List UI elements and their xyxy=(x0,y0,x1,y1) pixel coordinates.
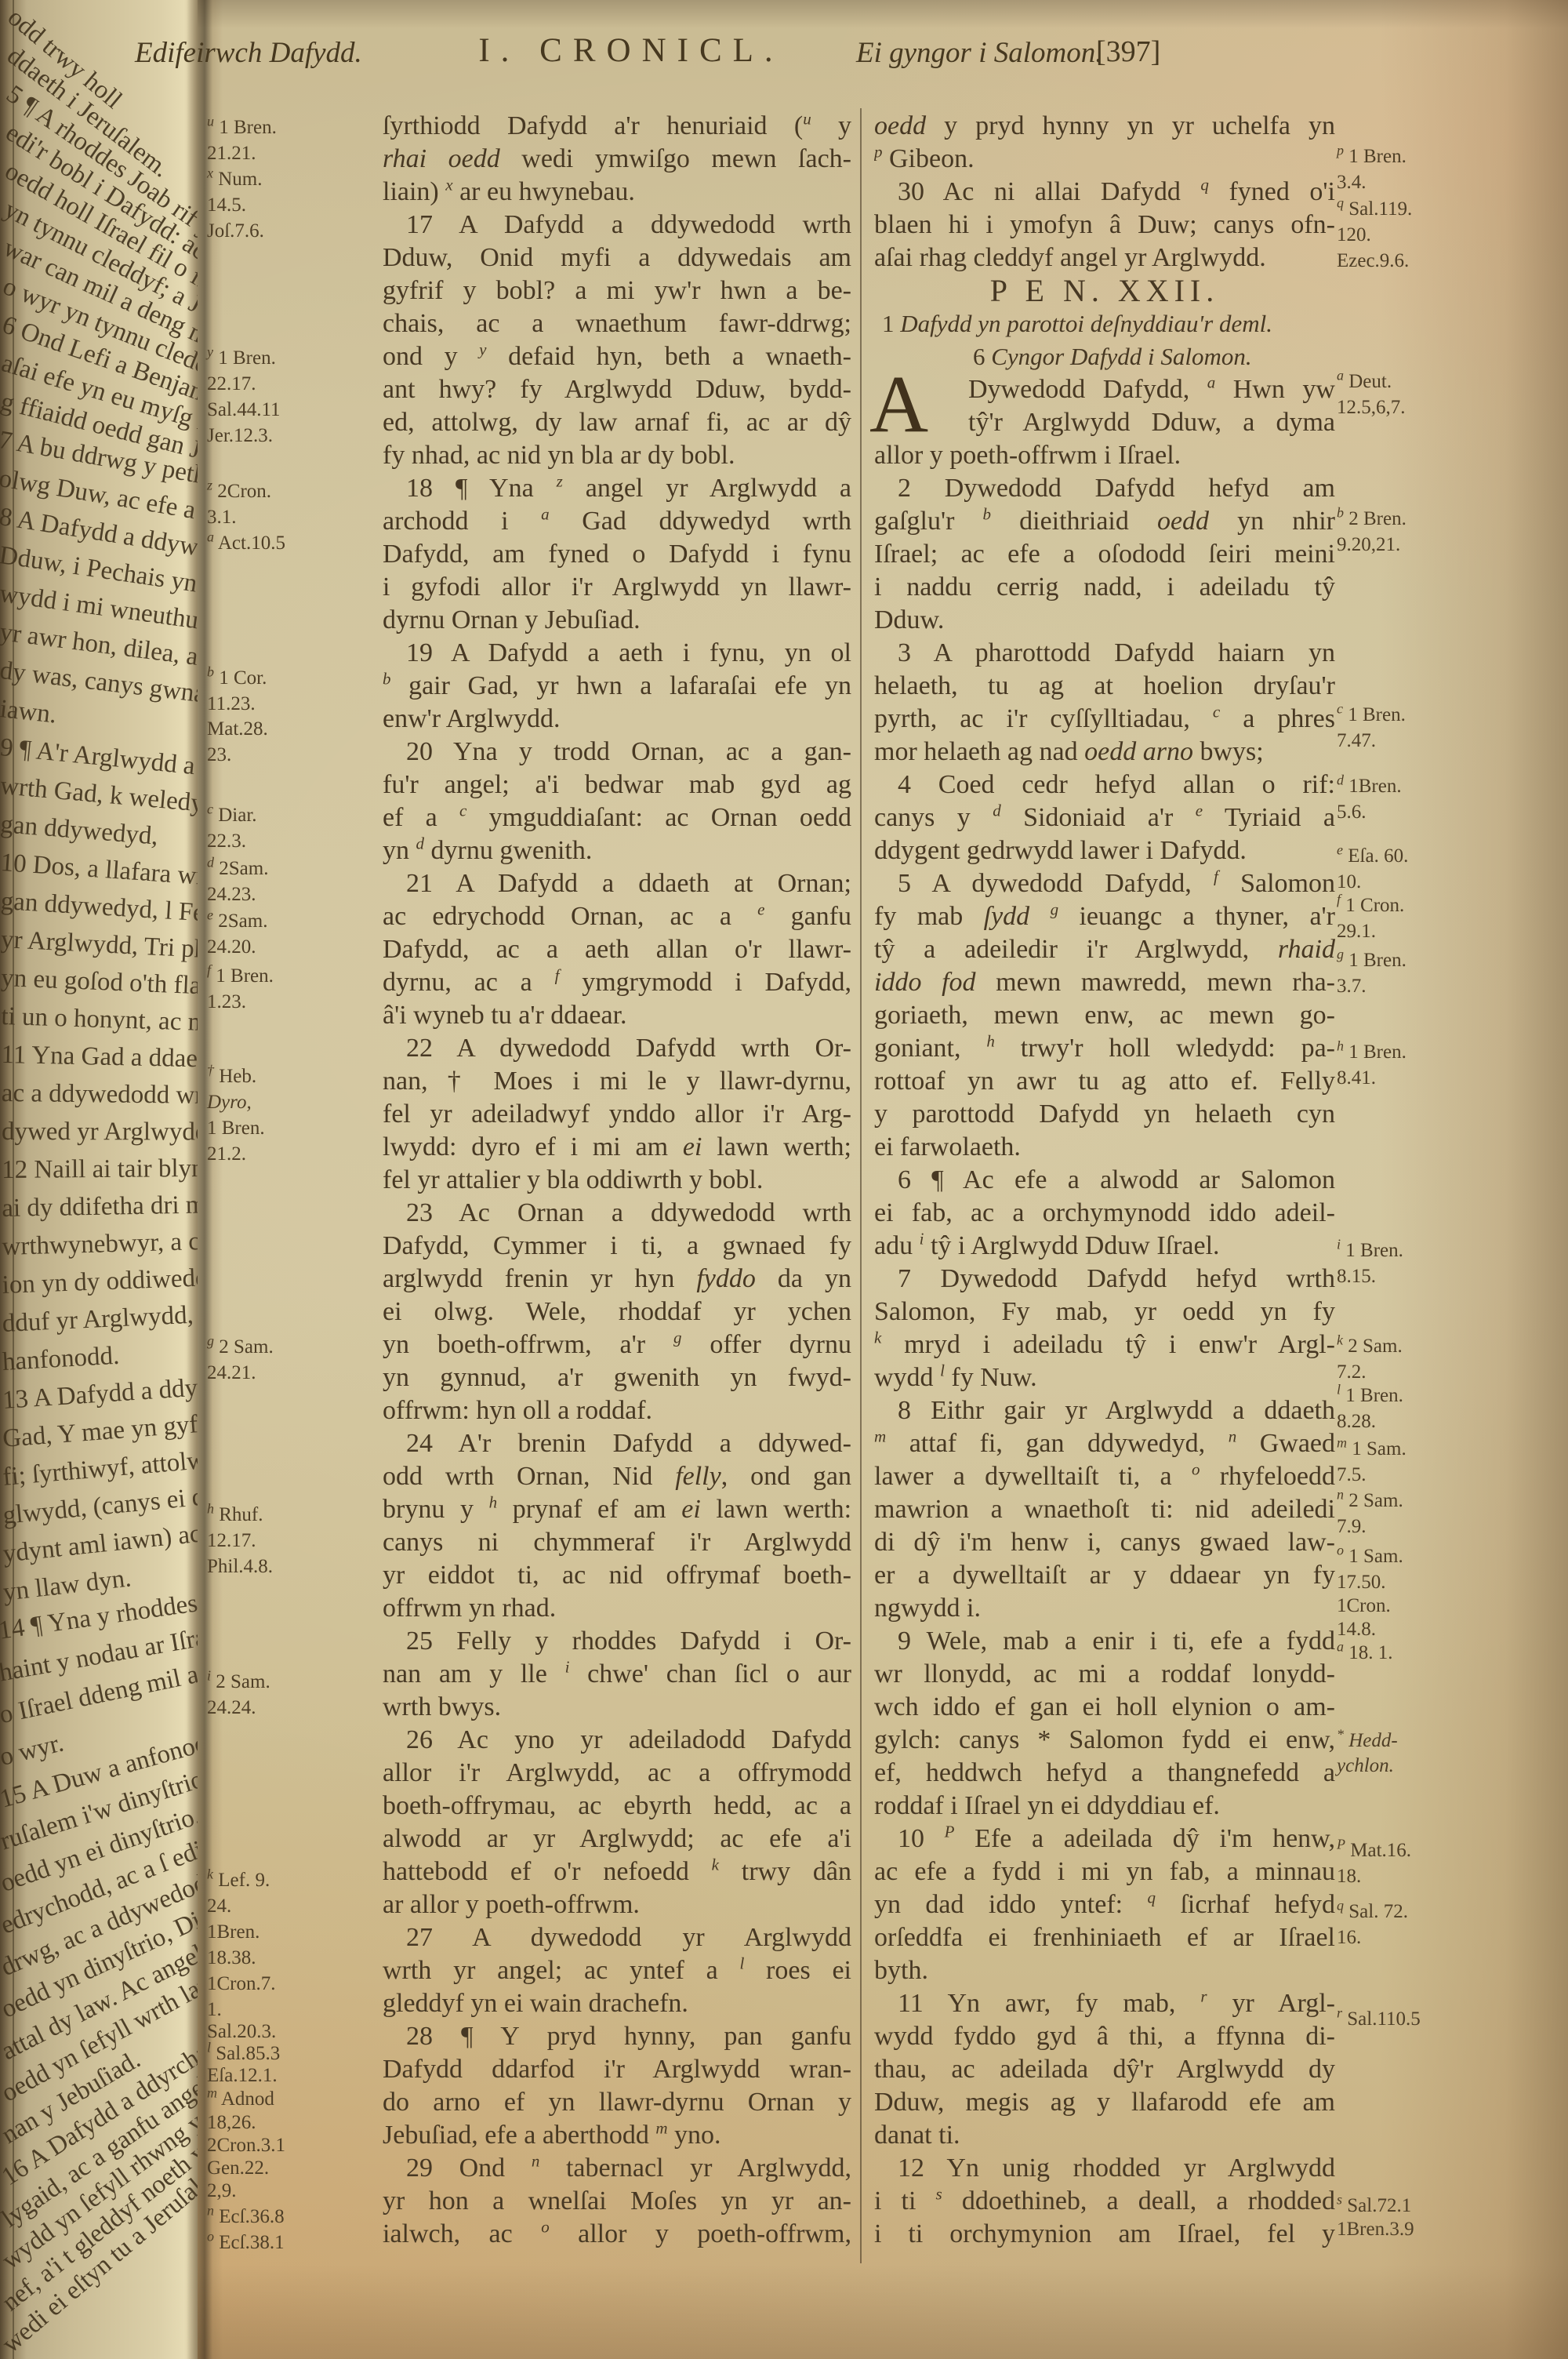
margin-note: 1Bren.3.9 xyxy=(1337,2218,1414,2241)
margin-note: Dyro, xyxy=(207,1091,252,1114)
text-line: ialwch, ac o allor y poeth-offrwm, xyxy=(383,2218,851,2251)
text-line: ſyrthiodd Dafydd a'r henuriaid (u y xyxy=(383,110,851,143)
text-line: yn dad iddo yntef: q ſicrhaf hefyd xyxy=(874,1888,1335,1921)
margin-note: 24.21. xyxy=(207,1361,256,1385)
text-line: alwodd ar yr Arglwydd; ac efe a'i xyxy=(383,1823,851,1856)
text-line: ef, heddwch hefyd a thangnefedd a xyxy=(874,1757,1335,1790)
margin-note: 120. xyxy=(1337,224,1371,247)
text-line: do arno ef yn llawr-dyrnu Ornan y xyxy=(383,2086,851,2119)
margin-note: 8.41. xyxy=(1337,1067,1376,1090)
prev-page-text-fragment: 11 Yna Gad a ddaeth at Da xyxy=(1,1041,198,1074)
text-line: 7 Dywedodd Dafydd hefyd wrth xyxy=(874,1263,1335,1296)
text-line: ond y y defaid hyn, beth a wnaeth- xyxy=(383,340,851,373)
margin-note: 17.50. xyxy=(1337,1571,1386,1594)
prev-page-text-fragment: wrthwynebwyr, a chleddyf dy el xyxy=(2,1223,198,1261)
chapter-argument: 6 Cyngor Dafydd i Salomon. xyxy=(874,340,1335,373)
margin-note: 7.5. xyxy=(1337,1463,1367,1487)
margin-note: ychlon. xyxy=(1337,1754,1394,1778)
text-line: yn gynnud, a'r gwenith yn fwyd- xyxy=(383,1361,851,1394)
text-line: ant hwy? fy Arglwydd Dduw, bydd- xyxy=(383,373,851,406)
text-line: nan am y lle i chwe' chan ſicl o aur xyxy=(383,1658,851,1691)
text-line: 18 ¶ Yna z angel yr Arglwydd a xyxy=(383,472,851,505)
text-line: dyrnu Ornan y Jebuſiad. xyxy=(383,604,851,637)
text-line: Dafydd, ac a aeth allan o'r llawr- xyxy=(383,933,851,966)
text-line: 17 A Dafydd a ddywedodd wrth xyxy=(383,209,851,242)
margin-note: a Deut. xyxy=(1337,370,1392,394)
previous-page-curl: odd trwy hollddaeth i Jeruſalem.5 ¶ A rh… xyxy=(0,0,198,2359)
text-line: archodd i a Gad ddywedyd wrth xyxy=(383,505,851,538)
margin-note: q Sal. 72. xyxy=(1337,1900,1408,1924)
text-line: fy nhad, ac nid yn bla ar dy bobl. xyxy=(383,439,851,472)
margin-note: s Sal.72.1 xyxy=(1337,2194,1411,2218)
margin-note: z 2Cron. xyxy=(207,480,271,503)
text-line: offrwm yn rhad. xyxy=(383,1592,851,1625)
text-line: thau, ac adeilada dŷ'r Arglwydd dy xyxy=(874,2053,1335,2086)
text-line: m attaf fi, gan ddywedyd, n Gwaed xyxy=(874,1427,1335,1460)
margin-note: c 1 Bren. xyxy=(1337,703,1406,727)
margin-note: 22.3. xyxy=(207,830,246,853)
margin-note: 1.23. xyxy=(207,990,246,1014)
margin-note: k Lef. 9. xyxy=(207,1869,270,1892)
right-text-column: oedd y pryd hynny yn yr uchelfa ynp Gibe… xyxy=(874,110,1335,2251)
text-line: wrth bwys. xyxy=(383,1691,851,1724)
margin-note: 18,26. xyxy=(207,2111,256,2135)
text-line: tŷ a adeiledir i'r Arglwydd, rhaid xyxy=(874,933,1335,966)
text-line: allor i'r Arglwydd, ac a offrymodd xyxy=(383,1757,851,1790)
margin-note: 14.5. xyxy=(207,194,246,217)
margin-note: 2,9. xyxy=(207,2179,237,2203)
text-line: ef a c ymguddiaſant: ac Ornan oedd xyxy=(383,801,851,834)
text-line: wrth yr angel; ac yntef a l roes ei xyxy=(383,1954,851,1987)
running-title-left: Edifeirwch Dafydd. xyxy=(135,36,362,70)
text-line: yr hon a wnelſai Moſes yn yr an- xyxy=(383,2185,851,2218)
prev-page-text-fragment: ti un o honynt, ac mi a'i gwna xyxy=(1,1002,198,1040)
prev-page-text-fragment: dywed yr Arglwydd, Cymmer i xyxy=(2,1118,198,1147)
text-line: 25 Felly y rhoddes Dafydd i Or- xyxy=(383,1625,851,1658)
text-line: rottoaf yn awr tu ag atto ef. Felly xyxy=(874,1065,1335,1098)
text-line: 3 A pharottodd Dafydd haiarn yn xyxy=(874,637,1335,670)
margin-note: Sal.20.3. xyxy=(207,2020,276,2044)
margin-note: P Mat.16. xyxy=(1337,1839,1411,1863)
margin-note: f 1 Bren. xyxy=(207,965,274,988)
text-line: lwydd: dyro ef i mi am ei lawn werth; xyxy=(383,1131,851,1164)
margin-note: e 2Sam. xyxy=(207,910,267,933)
margin-note: Jer.12.3. xyxy=(207,424,273,448)
text-line: 6 ¶ Ac efe a alwodd ar Salomon xyxy=(874,1164,1335,1197)
margin-note: n Ecſ.36.8 xyxy=(207,2205,285,2229)
text-line: odd wrth Ornan, Nid felly, ond gan xyxy=(383,1460,851,1493)
margin-note: d 1Bren. xyxy=(1337,775,1402,798)
text-line: dyrnu, ac a f ymgrymodd i Dafydd, xyxy=(383,966,851,999)
text-line: yn boeth-offrwm, a'r g offer dyrnu xyxy=(383,1329,851,1361)
margin-note: o Ecſ.38.1 xyxy=(207,2231,285,2255)
text-line: b gair Gad, yr hwn a lafaraſai efe yn xyxy=(383,670,851,703)
text-line: ar allor y poeth-offrwm. xyxy=(383,1888,851,1921)
margin-note: 1Cron.7. xyxy=(207,1972,276,1996)
prev-page-text-fragment: ai dy ddifetha dri mis o flaen dy xyxy=(2,1189,198,1223)
margin-note: 24.23. xyxy=(207,883,256,907)
text-line: offrwm: hyn oll a roddaf. xyxy=(383,1394,851,1427)
text-line: byth. xyxy=(874,1954,1335,1987)
text-line: gyfrif y bobl? a mi yw'r hwn a be- xyxy=(383,274,851,307)
margin-note: a 18. 1. xyxy=(1337,1641,1393,1665)
drop-cap-initial: A xyxy=(869,370,962,439)
margin-note: 1Cron. xyxy=(1337,1594,1391,1618)
margin-note: Joſ.7.6. xyxy=(207,220,264,243)
margin-note: 7.2. xyxy=(1337,1361,1367,1384)
text-line: 20 Yna y trodd Ornan, ac a gan- xyxy=(383,736,851,769)
text-line: ngwydd i. xyxy=(874,1592,1335,1625)
text-line: i gyfodi allor i'r Arglwydd yn llawr- xyxy=(383,571,851,604)
margin-note: g 2 Sam. xyxy=(207,1336,274,1359)
text-line: fy mab ſydd g ieuangc a thyner, a'r xyxy=(874,900,1335,933)
margin-note: Sal.44.11 xyxy=(207,398,281,422)
text-line: Dduw, megis ag y llafarodd efe am xyxy=(874,2086,1335,2119)
chapter-heading: P E N. XXII. xyxy=(874,274,1335,307)
margin-note: m Adnod xyxy=(207,2088,274,2111)
prev-page-text-fragment: iawn. xyxy=(0,695,58,729)
margin-note: x Num. xyxy=(207,168,263,191)
book-page: odd trwy hollddaeth i Jeruſalem.5 ¶ A rh… xyxy=(0,0,1568,2359)
margin-note: Phil.4.8. xyxy=(207,1555,273,1579)
text-line: i ti orchymynion am Iſrael, fel y xyxy=(874,2218,1335,2251)
margin-note: 18. xyxy=(1337,1865,1361,1888)
text-line: adu i tŷ i Arglwydd Dduw Iſrael. xyxy=(874,1230,1335,1263)
text-line: chais, ac a wnaethum fawr-ddrwg; xyxy=(383,307,851,340)
text-line: helaeth, tu ag at hoelion dryſau'r xyxy=(874,670,1335,703)
text-line: Dduw. xyxy=(874,604,1335,637)
margin-note: u 1 Bren. xyxy=(207,116,277,140)
text-line: ei fab, ac a orchymynodd iddo adeil- xyxy=(874,1197,1335,1230)
margin-note: 23. xyxy=(207,743,231,767)
margin-note: k 2 Sam. xyxy=(1337,1335,1403,1358)
text-line: ei olwg. Wele, rhoddaf yr ychen xyxy=(383,1296,851,1329)
text-line: wydd l fy Nuw. xyxy=(874,1361,1335,1394)
margin-note: a Act.10.5 xyxy=(207,532,285,555)
margin-note: f 1 Cron. xyxy=(1337,894,1404,918)
text-line: fu'r angel; a'i bedwar mab gyd ag xyxy=(383,769,851,801)
margin-note: Gen.22. xyxy=(207,2157,269,2180)
margin-note: h Rhuf. xyxy=(207,1503,263,1527)
margin-note: 10. xyxy=(1337,871,1361,894)
margin-note: 5.6. xyxy=(1337,801,1367,824)
text-line: rhai oedd wedi ymwiſgo mewn ſach- xyxy=(383,143,851,176)
text-line: k mryd i adeiladu tŷ i enw'r Argl- xyxy=(874,1329,1335,1361)
prev-page-text-fragment: o wyr. xyxy=(0,1728,67,1772)
margin-note: 3.7. xyxy=(1337,975,1367,998)
margin-note: 24.20. xyxy=(207,936,256,959)
margin-note: 12.5,6,7. xyxy=(1337,396,1406,420)
text-line: 23 Ac Ornan a ddywedodd wrth xyxy=(383,1197,851,1230)
prev-page-text-fragment: 12 Naill ai tair blynedd o new xyxy=(2,1154,198,1184)
text-line: ddygent gedrwydd lawer i Dafydd. xyxy=(874,834,1335,867)
margin-note: 16. xyxy=(1337,1926,1361,1950)
prev-page-text-fragment: dduf yr Arglwydd, ſef haint yn y xyxy=(2,1294,198,1338)
page-header: Edifeirwch Dafydd. I. CRONICL. Ei gyngor… xyxy=(0,31,1568,78)
text-line: gylch: canys * Salomon fydd ei enw, xyxy=(874,1724,1335,1757)
margin-note: 1Bren. xyxy=(207,1921,260,1944)
margin-note: q Sal.119. xyxy=(1337,198,1412,221)
text-line: arglwydd frenin yr hyn fyddo da yn xyxy=(383,1263,851,1296)
text-line: iddo fod mewn mawredd, mewn rha- xyxy=(874,966,1335,999)
prev-page-text-fragment: yn eu goſod o'th flaen di; dew xyxy=(1,964,198,1005)
text-line: wydd fyddo gyd â thi, a ffynna di- xyxy=(874,2020,1335,2053)
text-line: canys ni chymmeraf i'r Arglwydd xyxy=(383,1526,851,1559)
text-line: brynu y h prynaf ef am ei lawn werth: xyxy=(383,1493,851,1526)
margin-note: 7.47. xyxy=(1337,729,1376,753)
text-line: ed, attolwg, dy law arnaf fi, ac ar dŷ xyxy=(383,406,851,439)
margin-note: p 1 Bren. xyxy=(1337,145,1406,169)
text-line: 9 Wele, mab a enir i ti, efe a fydd xyxy=(874,1625,1335,1658)
page-number: [397] xyxy=(1096,35,1160,69)
column-divider-rule xyxy=(860,108,862,2263)
text-line: 22 A dywedodd Dafydd wrth Or- xyxy=(383,1032,851,1065)
text-line: 2 Dywedodd Dafydd hefyd am xyxy=(874,472,1335,505)
margin-note: 3.1. xyxy=(207,506,237,529)
text-line: mor helaeth ag nad oedd arno bwys; xyxy=(874,736,1335,769)
text-line: Dduw, Onid myfi a ddywedais am xyxy=(383,242,851,274)
text-line: 11 Yn awr, fy mab, r yr Argl- xyxy=(874,1987,1335,2020)
text-line: gaſglu'r b dieithriaid oedd yn nhir xyxy=(874,505,1335,538)
text-line: ei farwolaeth. xyxy=(874,1131,1335,1164)
prev-page-text-fragment: yr Arglwydd, Tri pheth yr wyf xyxy=(0,925,198,969)
text-line: p Gibeon. xyxy=(874,143,1335,176)
text-line: er a dywelltaiſt ar y ddaear yn fy xyxy=(874,1559,1335,1592)
prev-page-text-fragment: ac a ddywedodd wrtho, Fel hy xyxy=(2,1079,198,1111)
text-line: 4 Coed cedr hefyd allan o rif: xyxy=(874,769,1335,801)
text-line: di dŷ i'm henw i, canys gwaed law- xyxy=(874,1526,1335,1559)
text-line: y parottodd Dafydd yn helaeth cyn xyxy=(874,1098,1335,1131)
text-line: 10 P Efe a adeilada dŷ i'm henw, xyxy=(874,1823,1335,1856)
margin-note: o 1 Sam. xyxy=(1337,1545,1403,1568)
margin-note: 9.20,21. xyxy=(1337,533,1400,557)
margin-note: e Eſa. 60. xyxy=(1337,845,1408,868)
margin-note: 2Cron.3.1 xyxy=(207,2134,285,2157)
margin-note: 8.28. xyxy=(1337,1410,1376,1434)
prev-page-text-fragment: ion yn dy oddiweddyd; ai ynte xyxy=(2,1259,198,1299)
margin-note: 12.17. xyxy=(207,1529,256,1553)
text-line: Iſrael; ac efe a oſododd ſeiri meini xyxy=(874,538,1335,571)
text-line: Salomon, Fy mab, yr oedd yn fy xyxy=(874,1296,1335,1329)
text-line: 8 Eithr gair yr Arglwydd a ddaeth xyxy=(874,1394,1335,1427)
margin-note: l Sal.85.3 xyxy=(207,2042,280,2066)
text-line: 30 Ac ni allai Dafydd q fyned o'i xyxy=(874,176,1335,209)
book-title: I. CRONICL. xyxy=(463,31,800,70)
margin-note: b 1 Cor. xyxy=(207,667,267,690)
margin-note: * Hedd- xyxy=(1337,1729,1398,1753)
margin-note: 8.15. xyxy=(1337,1265,1376,1289)
text-line: yr eiddot ti, ac nid offrymaf boeth- xyxy=(383,1559,851,1592)
margin-note: 3.4. xyxy=(1337,171,1367,194)
margin-note: Ezec.9.6. xyxy=(1337,249,1409,273)
margin-note: 18.38. xyxy=(207,1946,256,1970)
text-line: 28 ¶ Y pryd hynny, pan ganfu xyxy=(383,2020,851,2053)
text-line: 27 A dywedodd yr Arglwydd xyxy=(383,1921,851,1954)
margin-note: 24.24. xyxy=(207,1696,256,1720)
margin-note: d 2Sam. xyxy=(207,857,268,881)
text-line: hattebodd ef o'r nefoedd k trwy dân xyxy=(383,1856,851,1888)
margin-note: Eſa.12.1. xyxy=(207,2064,278,2088)
chapter-argument: 1 Dafydd yn parottoi deſnyddiau'r deml. xyxy=(874,307,1335,340)
left-text-column: ſyrthiodd Dafydd a'r henuriaid (u yrhai … xyxy=(383,110,851,2251)
margin-note: c Diar. xyxy=(207,804,257,827)
margin-note: 29.1. xyxy=(1337,920,1376,943)
text-line: Dafydd, am fyned o Dafydd i fynu xyxy=(383,538,851,571)
text-line: nan, † Moes i mi le y llawr-dyrnu, xyxy=(383,1065,851,1098)
text-line: goniant, h trwy'r holl wledydd: pa- xyxy=(874,1032,1335,1065)
text-line: allor y poeth-offrwm i Iſrael. xyxy=(874,439,1335,472)
margin-note: i 1 Bren. xyxy=(1337,1239,1403,1263)
text-line: i naddu cerrig nadd, i adeiladu tŷ xyxy=(874,571,1335,604)
text-line: i ti s ddoethineb, a deall, a rhodded xyxy=(874,2185,1335,2218)
margin-note: r Sal.110.5 xyxy=(1337,2008,1421,2031)
margin-note: l 1 Bren. xyxy=(1337,1384,1403,1408)
margin-note: 1 Bren. xyxy=(207,1117,265,1140)
text-line: mawrion a wnaethoſt ti: nid adeiledi xyxy=(874,1493,1335,1526)
margin-note: g 1 Bren. xyxy=(1337,949,1406,972)
text-line: roddaf i Iſrael yn ei ddyddiau ef. xyxy=(874,1790,1335,1823)
margin-note: n 2 Sam. xyxy=(1337,1489,1403,1513)
margin-note: 21.2. xyxy=(207,1143,246,1166)
text-line: blaen hi i ymofyn â Duw; canys ofn- xyxy=(874,209,1335,242)
margin-note: 14.8. xyxy=(1337,1618,1376,1641)
prev-page-text-fragment: hanfonodd. xyxy=(2,1342,120,1376)
text-line: wr llonydd, ac mi a roddaf lonydd- xyxy=(874,1658,1335,1691)
text-line: 21 A Dafydd a ddaeth at Ornan; xyxy=(383,867,851,900)
text-line: 29 Ond n tabernacl yr Arglwydd, xyxy=(383,2152,851,2185)
text-line: boeth-offrymau, ac ebyrth hedd, ac a xyxy=(383,1790,851,1823)
margin-note: Mat.28. xyxy=(207,718,268,741)
text-line: 5 A dywedodd Dafydd, f Salomon xyxy=(874,867,1335,900)
margin-note: 1. xyxy=(207,1998,222,2022)
text-line: 19 A Dafydd a aeth i fynu, yn ol xyxy=(383,637,851,670)
text-line: ac efe a fydd i mi yn fab, a minnau xyxy=(874,1856,1335,1888)
text-line: oedd y pryd hynny yn yr uchelfa yn xyxy=(874,110,1335,143)
margin-note: h 1 Bren. xyxy=(1337,1041,1406,1064)
text-line: yn d dyrnu gwenith. xyxy=(383,834,851,867)
text-line: orſeddfa ei frenhiniaeth ef ar Iſrael xyxy=(874,1921,1335,1954)
text-line: 12 Yn unig rhodded yr Arglwydd xyxy=(874,2152,1335,2185)
margin-note: 21.21. xyxy=(207,142,256,165)
margin-note: 7.9. xyxy=(1337,1515,1367,1539)
text-line: pyrth, ac i'r cyſſylltiadau, c a phres xyxy=(874,703,1335,736)
text-line: canys y d Sidoniaid a'r e Tyriaid a xyxy=(874,801,1335,834)
text-line: 26 Ac yno yr adeiladodd Dafydd xyxy=(383,1724,851,1757)
text-line: Jebuſiad, efe a aberthodd m yno. xyxy=(383,2119,851,2152)
text-line: wch iddo ef gan ei holl elynion o am- xyxy=(874,1691,1335,1724)
text-line: Dafydd ddarfod i'r Arglwydd wran- xyxy=(383,2053,851,2086)
text-line: liain) x ar eu hwynebau. xyxy=(383,176,851,209)
text-line: fel yr attalier y bla oddiwrth y bobl. xyxy=(383,1164,851,1197)
text-line: fel yr adeiladwyf ynddo allor i'r Arg- xyxy=(383,1098,851,1131)
running-title-right: Ei gyngor i Salomon. xyxy=(856,36,1102,70)
margin-note: m 1 Sam. xyxy=(1337,1438,1406,1461)
text-line: goriaeth, mewn enw, ac mewn go- xyxy=(874,999,1335,1032)
prev-page-text-fragment: gan ddywedyd, xyxy=(0,810,159,851)
text-line: aſai rhag cleddyf angel yr Arglwydd. xyxy=(874,242,1335,274)
margin-note: 11.23. xyxy=(207,692,256,716)
text-line: ac edrychodd Ornan, ac a e ganfu xyxy=(383,900,851,933)
text-line: â'i wyneb tu a'r ddaear. xyxy=(383,999,851,1032)
margin-note: i 2 Sam. xyxy=(207,1670,270,1694)
text-line: Dafydd, Cymmer i ti, a gwnaed fy xyxy=(383,1230,851,1263)
text-line: danat ti. xyxy=(874,2119,1335,2152)
margin-note: y 1 Bren. xyxy=(207,347,276,370)
text-line: lawer a dywelltaiſt ti, a o rhyfeloedd xyxy=(874,1460,1335,1493)
margin-note: b 2 Bren. xyxy=(1337,507,1406,531)
margin-note: 22.17. xyxy=(207,373,256,396)
margin-note: 24. xyxy=(207,1895,231,1918)
margin-note: † Heb. xyxy=(207,1065,256,1089)
text-line: gleddyf yn ei wain drachefn. xyxy=(383,1987,851,2020)
text-line: 24 A'r brenin Dafydd a ddywed- xyxy=(383,1427,851,1460)
text-line: enw'r Arglwydd. xyxy=(383,703,851,736)
